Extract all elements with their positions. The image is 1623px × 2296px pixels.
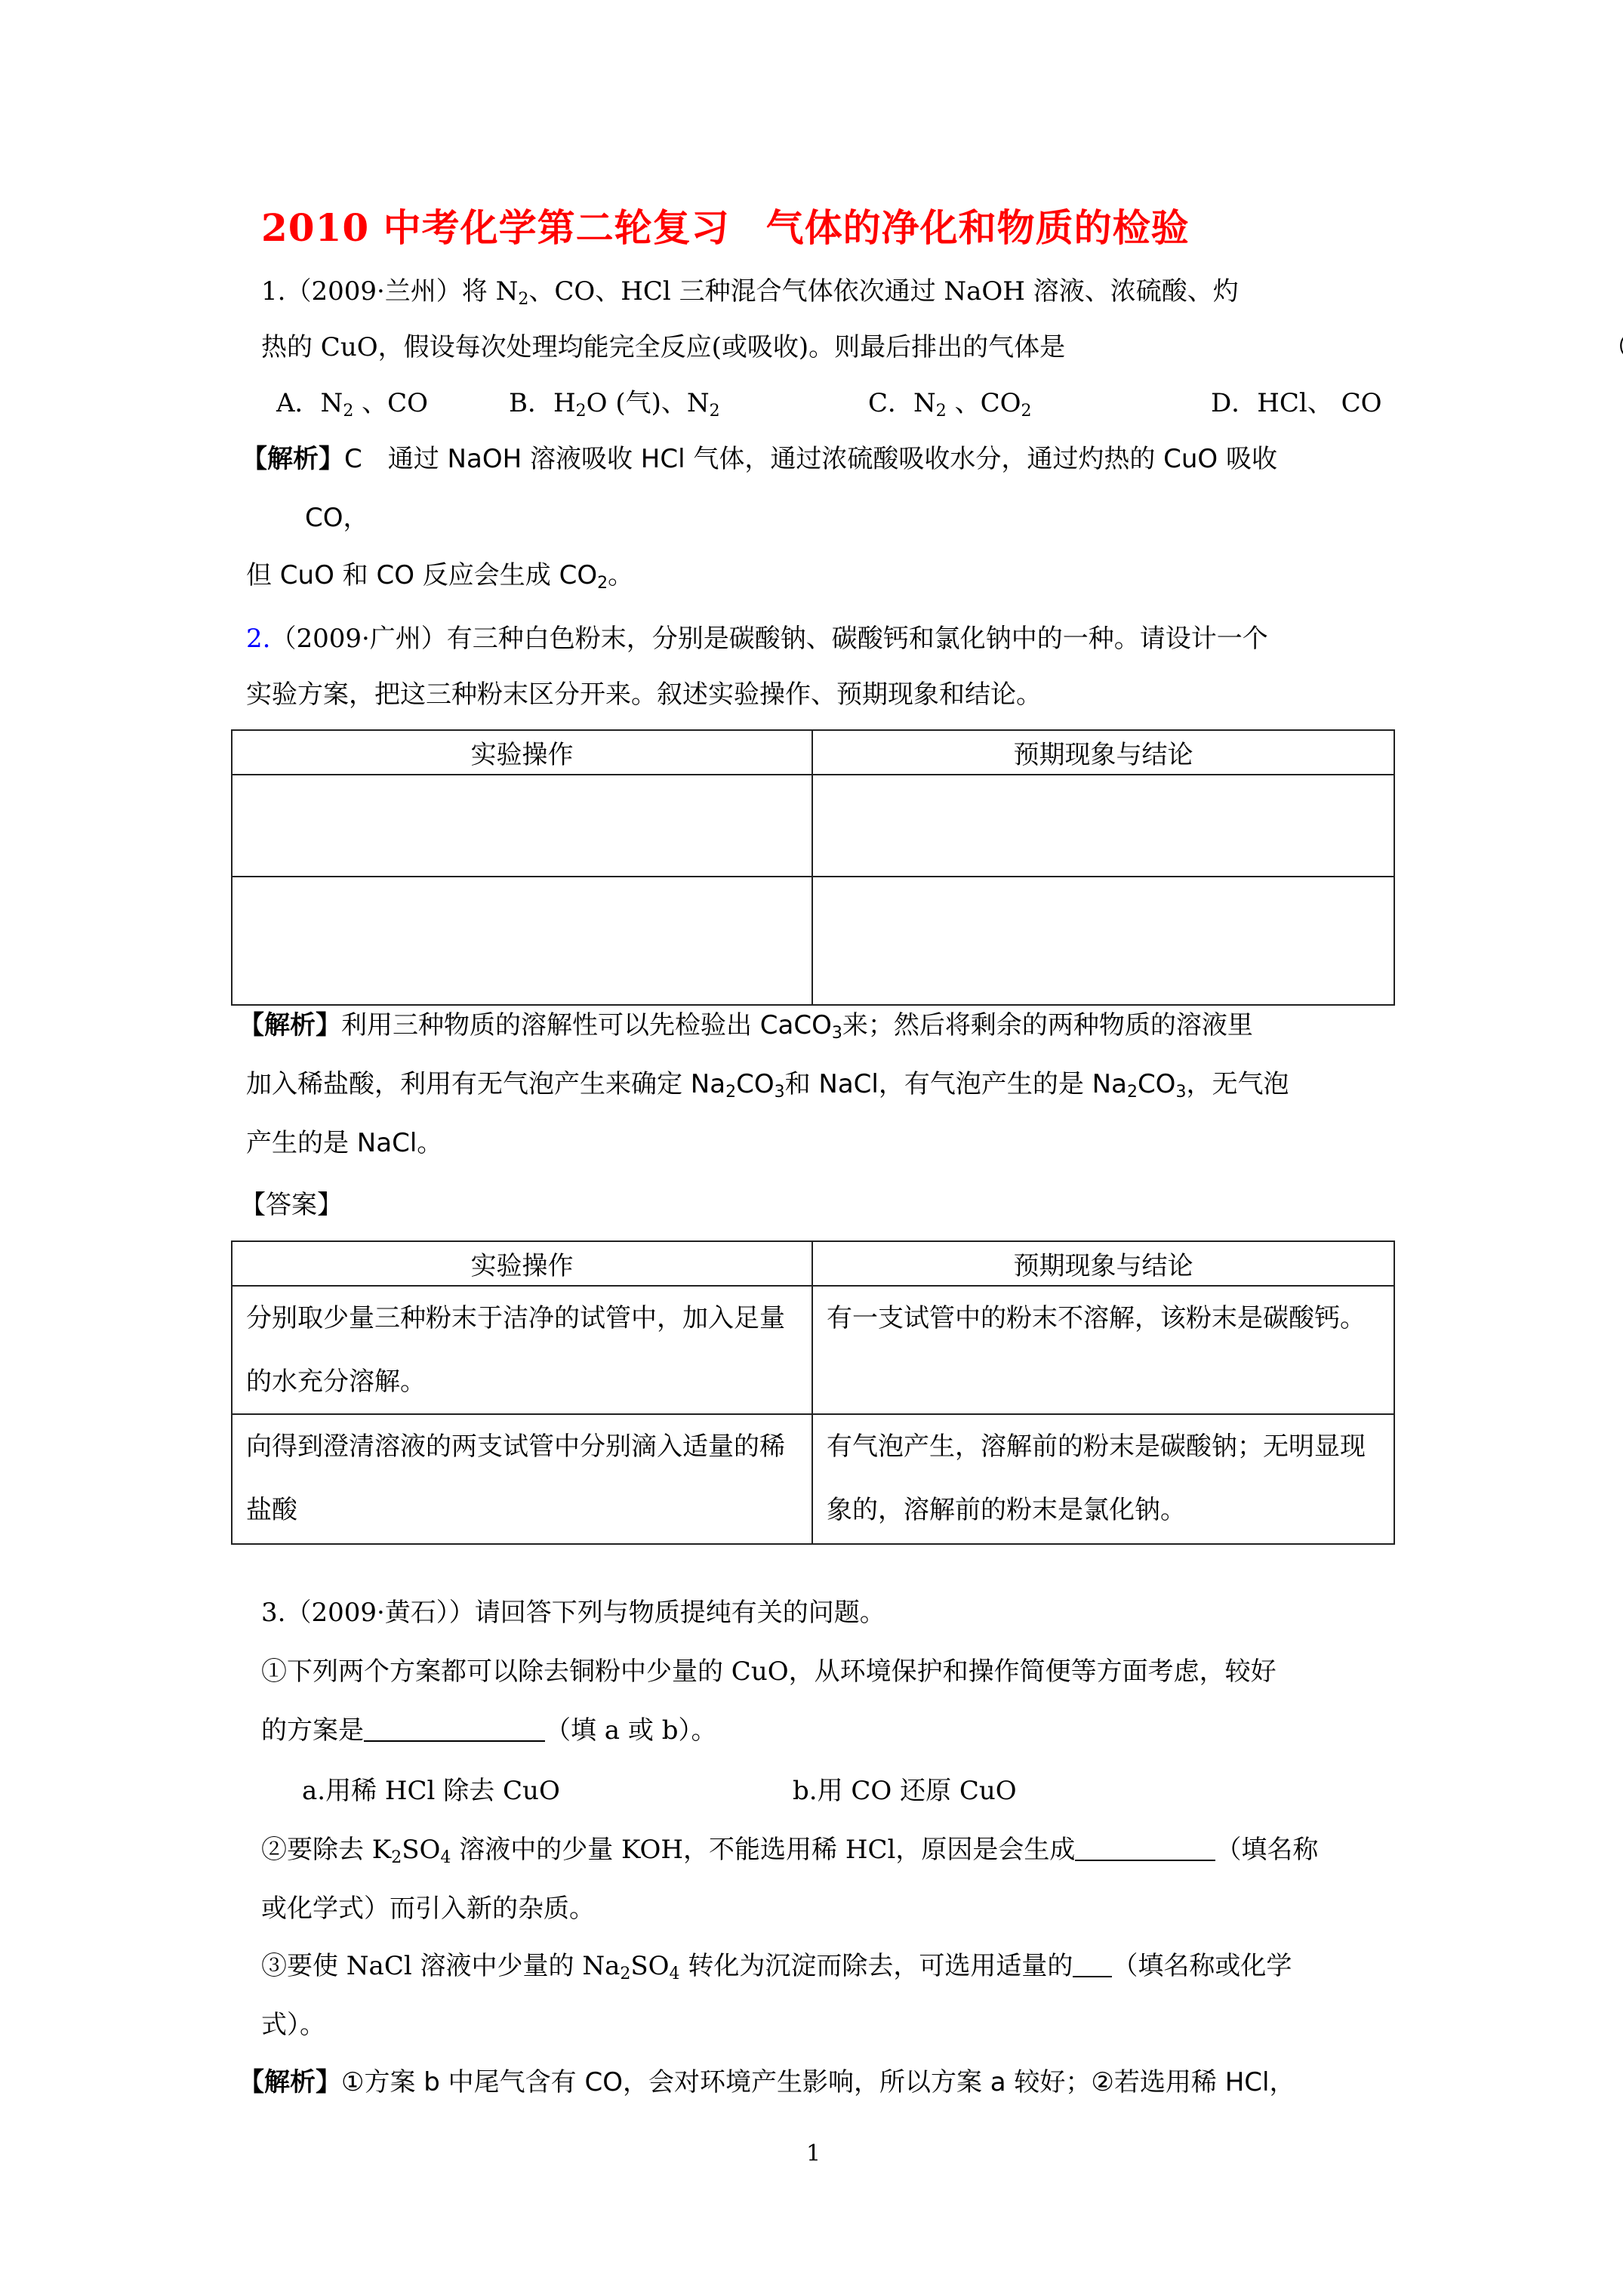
title-part-2: 气体的净化和物质的检验 xyxy=(766,205,1190,250)
q2-stem-line-1: 2.（2009·广州）有三种白色粉末，分别是碳酸钠、碳酸钙和氯化钠中的一种。请设… xyxy=(246,624,1268,654)
q3-part1-line-2: 的方案是（填 a 或 b）。 xyxy=(261,1715,716,1746)
q1-answer-paren: （ ） xyxy=(1603,332,1623,362)
fill-blank-3[interactable] xyxy=(1073,1953,1112,1977)
q3-analysis-line-1: 【解析】①方案 b 中尾气含有 CO，会对环境产生影响，所以方案 a 较好；②若… xyxy=(239,2067,1295,2097)
q2-analysis-line-2: 加入稀盐酸，利用有无气泡产生来确定 Na2CO3和 NaCl，有气泡产生的是 N… xyxy=(246,1069,1289,1099)
q1-option-c: C．N2 、CO2 xyxy=(868,388,1031,418)
table-cell: 有一支试管中的粉末不溶解，该粉末是碳酸钙。 xyxy=(813,1287,1394,1350)
q1-analysis-line-1: 【解析】C 通过 NaOH 溶液吸收 HCl 气体，通过浓硫酸吸收水分，通过灼热… xyxy=(242,444,1277,474)
q1-stem-line-2: 热的 CuO，假设每次处理均能完全反应(或吸收)。则最后排出的气体是 （ ） xyxy=(261,332,1394,362)
q3-part3-line-1: ③要使 NaCl 溶液中少量的 Na2SO4 转化为沉淀而除去，可选用适量的（填… xyxy=(261,1951,1292,1981)
q3-part1-line-1: ①下列两个方案都可以除去铜粉中少量的 CuO，从环境保护和操作简便等方面考虑，较… xyxy=(261,1657,1277,1687)
q1-stem-line-1: 1.（2009·兰州）将 N2、CO、HCl 三种混合气体依次通过 NaOH 溶… xyxy=(261,276,1239,307)
document-page: 2010 中考化学第二轮复习气体的净化和物质的检验 1.（2009·兰州）将 N… xyxy=(0,0,1623,2296)
q2-number: 2. xyxy=(246,624,270,654)
q2-stem-line-2: 实验方案，把这三种粉末区分开来。叙述实验操作、预期现象和结论。 xyxy=(246,680,1042,710)
table-row xyxy=(232,775,1394,877)
q1-option-d: D．HCl、 CO xyxy=(1211,388,1382,418)
table-cell: 向得到澄清溶液的两支试管中分别滴入适量的稀盐酸 xyxy=(233,1415,811,1542)
table-cell-empty[interactable] xyxy=(232,877,812,1005)
q2-answer-label: 【答案】 xyxy=(240,1190,343,1220)
analysis-label: 【解析】 xyxy=(239,1010,341,1040)
q1-option-b: B．H2O (气)、N2 xyxy=(509,388,720,418)
table-cell: 有气泡产生，溶解前的粉末是碳酸钠；无明显现象的，溶解前的粉末是氯化钠。 xyxy=(813,1415,1394,1542)
table-cell-empty[interactable] xyxy=(812,775,1394,877)
q3-option-b: b.用 CO 还原 CuO xyxy=(793,1776,1017,1806)
table-row: 向得到澄清溶液的两支试管中分别滴入适量的稀盐酸 有气泡产生，溶解前的粉末是碳酸钠… xyxy=(232,1414,1394,1544)
page-number: 1 xyxy=(806,2140,821,2167)
q1-option-a: A．N2 、CO xyxy=(276,388,428,418)
fill-blank-2[interactable] xyxy=(1075,1837,1215,1861)
answer-table: 实验操作 预期现象与结论 分别取少量三种粉末于洁净的试管中，加入足量的水充分溶解… xyxy=(231,1240,1395,1545)
q2-analysis-line-3: 产生的是 NaCl。 xyxy=(246,1128,442,1158)
table-header: 预期现象与结论 xyxy=(812,1241,1394,1286)
q1-analysis-line-3: 但 CuO 和 CO 反应会生成 CO2。 xyxy=(246,560,633,590)
table-header: 预期现象与结论 xyxy=(812,730,1394,775)
table-row: 分别取少量三种粉末于洁净的试管中，加入足量的水充分溶解。 有一支试管中的粉末不溶… xyxy=(232,1286,1394,1414)
table-cell-empty[interactable] xyxy=(812,877,1394,1005)
analysis-label: 【解析】 xyxy=(239,2067,341,2097)
table-header: 实验操作 xyxy=(232,1241,812,1286)
blank-answer-table: 实验操作 预期现象与结论 xyxy=(231,729,1395,1006)
q3-option-a: a.用稀 HCl 除去 CuO xyxy=(302,1776,560,1806)
table-row xyxy=(232,877,1394,1005)
q2-analysis-line-1: 【解析】利用三种物质的溶解性可以先检验出 CaCO3来；然后将剩余的两种物质的溶… xyxy=(239,1010,1253,1040)
document-title: 2010 中考化学第二轮复习气体的净化和物质的检验 xyxy=(261,198,1190,252)
q3-stem: 3.（2009·黄石））请回答下列与物质提纯有关的问题。 xyxy=(261,1598,885,1628)
q3-part2-line-1: ②要除去 K2SO4 溶液中的少量 KOH，不能选用稀 HCl，原因是会生成（填… xyxy=(261,1835,1318,1865)
analysis-label: 【解析】 xyxy=(242,444,344,474)
table-cell-empty[interactable] xyxy=(232,775,812,877)
q3-part2-line-2: 或化学式）而引入新的杂质。 xyxy=(261,1894,595,1924)
q3-part3-line-2: 式）。 xyxy=(261,2010,325,2040)
fill-blank-1[interactable] xyxy=(364,1718,545,1742)
table-cell: 分别取少量三种粉末于洁净的试管中，加入足量的水充分溶解。 xyxy=(233,1287,811,1413)
q1-analysis-line-2: CO， xyxy=(305,503,369,533)
title-part-1: 2010 中考化学第二轮复习 xyxy=(261,205,730,250)
table-header: 实验操作 xyxy=(232,730,812,775)
